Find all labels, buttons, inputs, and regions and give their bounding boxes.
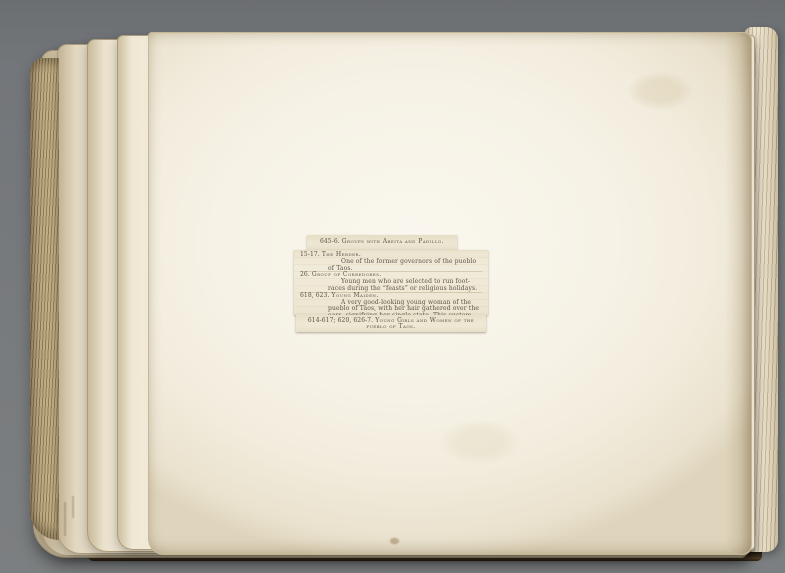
scanned-album-page: 645-6.Groups with Abeita and Padillo. 15… (0, 0, 785, 573)
faint-inscription-mark (72, 496, 74, 518)
entry-number: 645-6. (320, 238, 340, 245)
catalog-entry: 15-17.The Herder. One of the former gove… (300, 252, 482, 272)
page-stack-fore-edge (30, 58, 59, 540)
entry-number: 26. (300, 271, 310, 278)
catalog-slip-2: 15-17.The Herder. One of the former gove… (294, 250, 488, 315)
entry-title: The Herder. (322, 251, 361, 258)
page-stain (628, 72, 692, 110)
entry-title: Young Maiden. (332, 292, 379, 299)
entry-title: Young Girls and Women of the pueblo of T… (366, 317, 474, 331)
pasted-catalog-label: 645-6.Groups with Abeita and Padillo. 15… (293, 235, 490, 333)
catalog-entry-heading: 645-6.Groups with Abeita and Padillo. (311, 239, 453, 246)
catalog-slip-1: 645-6.Groups with Abeita and Padillo. (307, 235, 457, 250)
entry-title: Groups with Abeita and Padillo. (342, 238, 444, 245)
catalog-slip-3: 614-617; 620, 626-7.Young Girls and Wome… (296, 315, 486, 332)
entry-description: One of the former governors of the puebl… (328, 259, 482, 273)
catalog-entry-heading: 614-617; 620, 626-7.Young Girls and Wome… (306, 318, 476, 332)
entry-number: 614-617; 620, 626-7. (308, 317, 373, 324)
catalog-entry: 26.Group of Corredores. Young men who ar… (300, 272, 482, 292)
page-stain (389, 537, 400, 545)
entry-number: 15-17. (300, 251, 320, 258)
page-stain (440, 420, 520, 464)
entry-description: Young men who are selected to run foot-r… (328, 279, 482, 293)
entry-number: 618, 623. (300, 292, 330, 299)
faint-inscription-mark (56, 498, 58, 524)
faint-inscription-mark (64, 502, 66, 536)
